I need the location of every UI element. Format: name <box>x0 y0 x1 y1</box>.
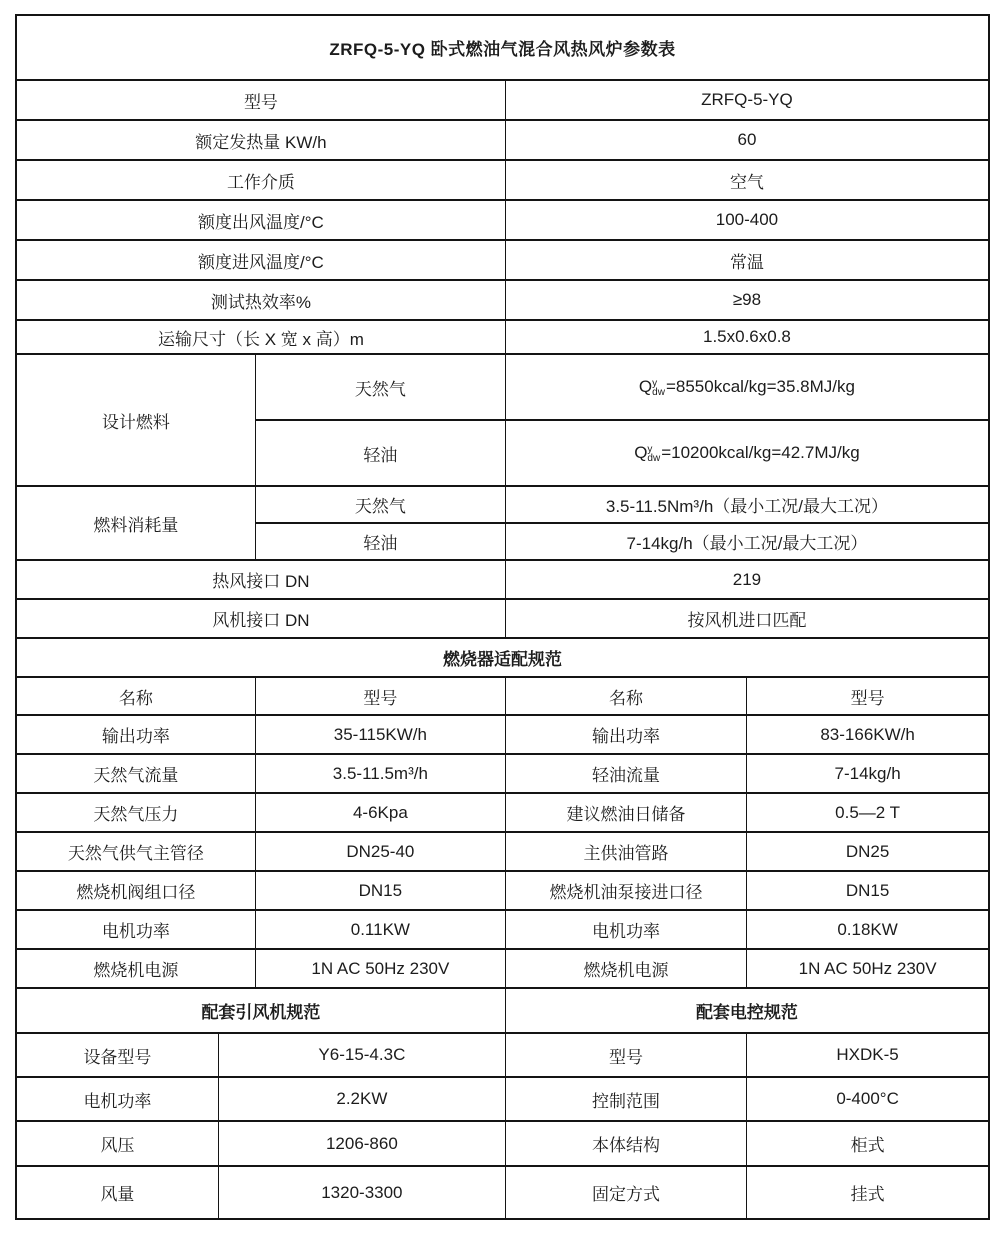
fan-label: 风压 <box>16 1121 218 1166</box>
spec-row: 额定发热量 KW/h 60 <box>16 120 989 160</box>
burner-row: 天然气压力 4-6Kpa 建议燃油日储备 0.5—2 T <box>16 793 989 832</box>
fuel-consumption-row: 燃料消耗量 天然气 3.5-11.5Nm³/h（最小工况/最大工况） <box>16 486 989 523</box>
burner-label-left: 输出功率 <box>16 715 255 754</box>
burner-label-right: 电机功率 <box>505 910 746 949</box>
q-scripts: ydw <box>647 445 660 463</box>
burner-label-left: 天然气供气主管径 <box>16 832 255 871</box>
control-label: 型号 <box>505 1033 746 1077</box>
burner-value-left: 1N AC 50Hz 230V <box>255 949 505 988</box>
control-section-title: 配套电控规范 <box>505 988 989 1033</box>
burner-label-left: 燃烧机阀组口径 <box>16 871 255 910</box>
spec-row: 额度出风温度/°C 100-400 <box>16 200 989 240</box>
heat-value-text: =10200kcal/kg=42.7MJ/kg <box>661 443 859 462</box>
burner-value-right: 7-14kg/h <box>747 754 989 793</box>
spec-label: 额度进风温度/°C <box>16 240 505 280</box>
control-value: 挂式 <box>747 1166 989 1219</box>
spec-value: 常温 <box>505 240 989 280</box>
connection-label: 风机接口 DN <box>16 599 505 638</box>
fuel-type-label: 天然气 <box>255 486 505 523</box>
control-value: 0-400°C <box>747 1077 989 1121</box>
fuel-consumption-value: 7-14kg/h（最小工况/最大工况） <box>505 523 989 560</box>
spec-label: 型号 <box>16 80 505 120</box>
bottom-row: 风压 1206-860 本体结构 柜式 <box>16 1121 989 1166</box>
burner-row: 输出功率 35-115KW/h 输出功率 83-166KW/h <box>16 715 989 754</box>
spec-label: 运输尺寸（长 X 宽 x 高）m <box>16 320 505 354</box>
fuel-design-row: 设计燃料 天然气 Qydw=8550kcal/kg=35.8MJ/kg <box>16 354 989 420</box>
fan-label: 设备型号 <box>16 1033 218 1077</box>
spec-value: ≥98 <box>505 280 989 320</box>
fan-value: 1320-3300 <box>218 1166 505 1219</box>
connection-label: 热风接口 DN <box>16 560 505 599</box>
burner-row: 电机功率 0.11KW 电机功率 0.18KW <box>16 910 989 949</box>
spec-value: 100-400 <box>505 200 989 240</box>
burner-header-row: 名称 型号 名称 型号 <box>16 677 989 715</box>
burner-value-right: DN25 <box>747 832 989 871</box>
spec-label: 额定发热量 KW/h <box>16 120 505 160</box>
fan-label: 风量 <box>16 1166 218 1219</box>
spec-row: 测试热效率% ≥98 <box>16 280 989 320</box>
bottom-row: 设备型号 Y6-15-4.3C 型号 HXDK-5 <box>16 1033 989 1077</box>
column-header: 名称 <box>16 677 255 715</box>
control-label: 控制范围 <box>505 1077 746 1121</box>
burner-value-right: DN15 <box>747 871 989 910</box>
burner-row: 燃烧机阀组口径 DN15 燃烧机油泵接进口径 DN15 <box>16 871 989 910</box>
control-value: HXDK-5 <box>747 1033 989 1077</box>
spec-row: 型号 ZRFQ-5-YQ <box>16 80 989 120</box>
burner-row: 燃烧机电源 1N AC 50Hz 230V 燃烧机电源 1N AC 50Hz 2… <box>16 949 989 988</box>
connection-value: 按风机进口匹配 <box>505 599 989 638</box>
fuel-heat-value: Qydw=8550kcal/kg=35.8MJ/kg <box>505 354 989 420</box>
connection-value: 219 <box>505 560 989 599</box>
fuel-consumption-group-label: 燃料消耗量 <box>16 486 255 560</box>
column-header: 型号 <box>255 677 505 715</box>
burner-value-right: 0.5—2 T <box>747 793 989 832</box>
bottom-section-title-row: 配套引风机规范 配套电控规范 <box>16 988 989 1033</box>
fuel-type-label: 轻油 <box>255 523 505 560</box>
burner-label-right: 燃烧机油泵接进口径 <box>505 871 746 910</box>
fuel-type-label: 轻油 <box>255 420 505 486</box>
burner-label-right: 主供油管路 <box>505 832 746 871</box>
fuel-type-label: 天然气 <box>255 354 505 420</box>
burner-value-left: 35-115KW/h <box>255 715 505 754</box>
fan-label: 电机功率 <box>16 1077 218 1121</box>
control-label: 本体结构 <box>505 1121 746 1166</box>
burner-label-right: 轻油流量 <box>505 754 746 793</box>
burner-value-right: 83-166KW/h <box>747 715 989 754</box>
spec-label: 测试热效率% <box>16 280 505 320</box>
parameter-table: ZRFQ-5-YQ 卧式燃油气混合风热风炉参数表 型号 ZRFQ-5-YQ 额定… <box>15 14 990 1220</box>
q-subscript: dw <box>652 388 665 397</box>
q-scripts: ydw <box>652 379 665 397</box>
spec-row: 工作介质 空气 <box>16 160 989 200</box>
burner-section-title-row: 燃烧器适配规范 <box>16 638 989 677</box>
burner-value-left: 3.5-11.5m³/h <box>255 754 505 793</box>
burner-value-right: 0.18KW <box>747 910 989 949</box>
spec-value: 60 <box>505 120 989 160</box>
control-value: 柜式 <box>747 1121 989 1166</box>
spec-value: 1.5x0.6x0.8 <box>505 320 989 354</box>
connection-row: 风机接口 DN 按风机进口匹配 <box>16 599 989 638</box>
burner-section-title: 燃烧器适配规范 <box>16 638 989 677</box>
burner-label-left: 天然气流量 <box>16 754 255 793</box>
spec-row: 额度进风温度/°C 常温 <box>16 240 989 280</box>
burner-label-left: 电机功率 <box>16 910 255 949</box>
bottom-row: 电机功率 2.2KW 控制范围 0-400°C <box>16 1077 989 1121</box>
fuel-consumption-value: 3.5-11.5Nm³/h（最小工况/最大工况） <box>505 486 989 523</box>
burner-label-left: 天然气压力 <box>16 793 255 832</box>
connection-row: 热风接口 DN 219 <box>16 560 989 599</box>
burner-value-left: 4-6Kpa <box>255 793 505 832</box>
fan-value: 1206-860 <box>218 1121 505 1166</box>
burner-row: 天然气供气主管径 DN25-40 主供油管路 DN25 <box>16 832 989 871</box>
bottom-row: 风量 1320-3300 固定方式 挂式 <box>16 1166 989 1219</box>
fuel-heat-value: Qydw=10200kcal/kg=42.7MJ/kg <box>505 420 989 486</box>
burner-value-left: 0.11KW <box>255 910 505 949</box>
q-symbol: Q <box>634 443 647 462</box>
fan-section-title: 配套引风机规范 <box>16 988 505 1033</box>
spec-value: ZRFQ-5-YQ <box>505 80 989 120</box>
burner-row: 天然气流量 3.5-11.5m³/h 轻油流量 7-14kg/h <box>16 754 989 793</box>
burner-value-right: 1N AC 50Hz 230V <box>747 949 989 988</box>
spec-value: 空气 <box>505 160 989 200</box>
burner-label-right: 燃烧机电源 <box>505 949 746 988</box>
q-symbol: Q <box>639 377 652 396</box>
fuel-design-group-label: 设计燃料 <box>16 354 255 486</box>
burner-value-left: DN25-40 <box>255 832 505 871</box>
q-subscript: dw <box>647 454 660 463</box>
burner-label-right: 输出功率 <box>505 715 746 754</box>
title-row: ZRFQ-5-YQ 卧式燃油气混合风热风炉参数表 <box>16 15 989 80</box>
burner-label-left: 燃烧机电源 <box>16 949 255 988</box>
control-label: 固定方式 <box>505 1166 746 1219</box>
page-title: ZRFQ-5-YQ 卧式燃油气混合风热风炉参数表 <box>16 15 989 80</box>
spec-label: 额度出风温度/°C <box>16 200 505 240</box>
fan-value: Y6-15-4.3C <box>218 1033 505 1077</box>
burner-value-left: DN15 <box>255 871 505 910</box>
fan-value: 2.2KW <box>218 1077 505 1121</box>
column-header: 型号 <box>747 677 989 715</box>
spec-label: 工作介质 <box>16 160 505 200</box>
spec-row: 运输尺寸（长 X 宽 x 高）m 1.5x0.6x0.8 <box>16 320 989 354</box>
column-header: 名称 <box>505 677 746 715</box>
burner-label-right: 建议燃油日储备 <box>505 793 746 832</box>
heat-value-text: =8550kcal/kg=35.8MJ/kg <box>666 377 855 396</box>
